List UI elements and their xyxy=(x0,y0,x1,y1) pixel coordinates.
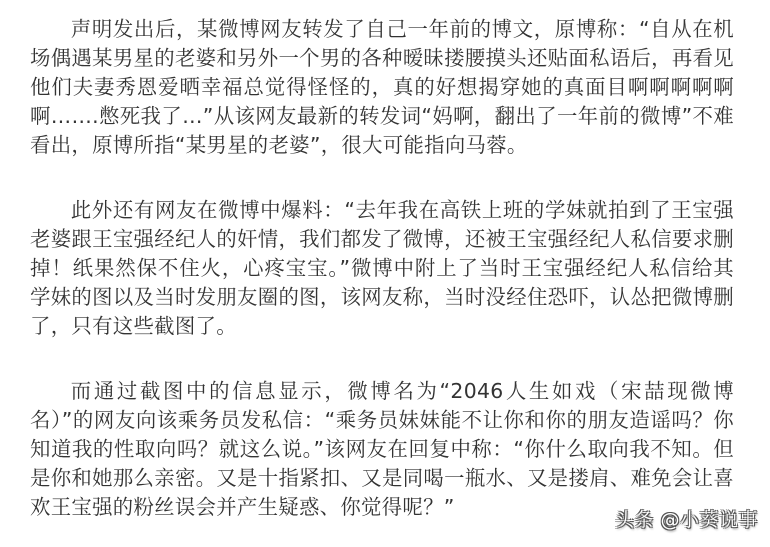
article-body: 声明发出后，某微博网友转发了自己一年前的博文，原博称：“自从在机场偶遇某男星的老… xyxy=(30,15,734,522)
paragraph-screenshot-messages: 而通过截图中的信息显示，微博名为“2046人生如戏（宋喆现微博名）”的网友向该乘… xyxy=(30,377,734,522)
paragraph-train-attendant-leak: 此外还有网友在微博中爆料：“去年我在高铁上班的学妹就拍到了王宝强老婆跟王宝强经纪… xyxy=(30,196,734,341)
paragraph-statement-repost: 声明发出后，某微博网友转发了自己一年前的博文，原博称：“自从在机场偶遇某男星的老… xyxy=(30,15,734,160)
source-watermark: 头条 @小葵说事 xyxy=(615,505,758,532)
